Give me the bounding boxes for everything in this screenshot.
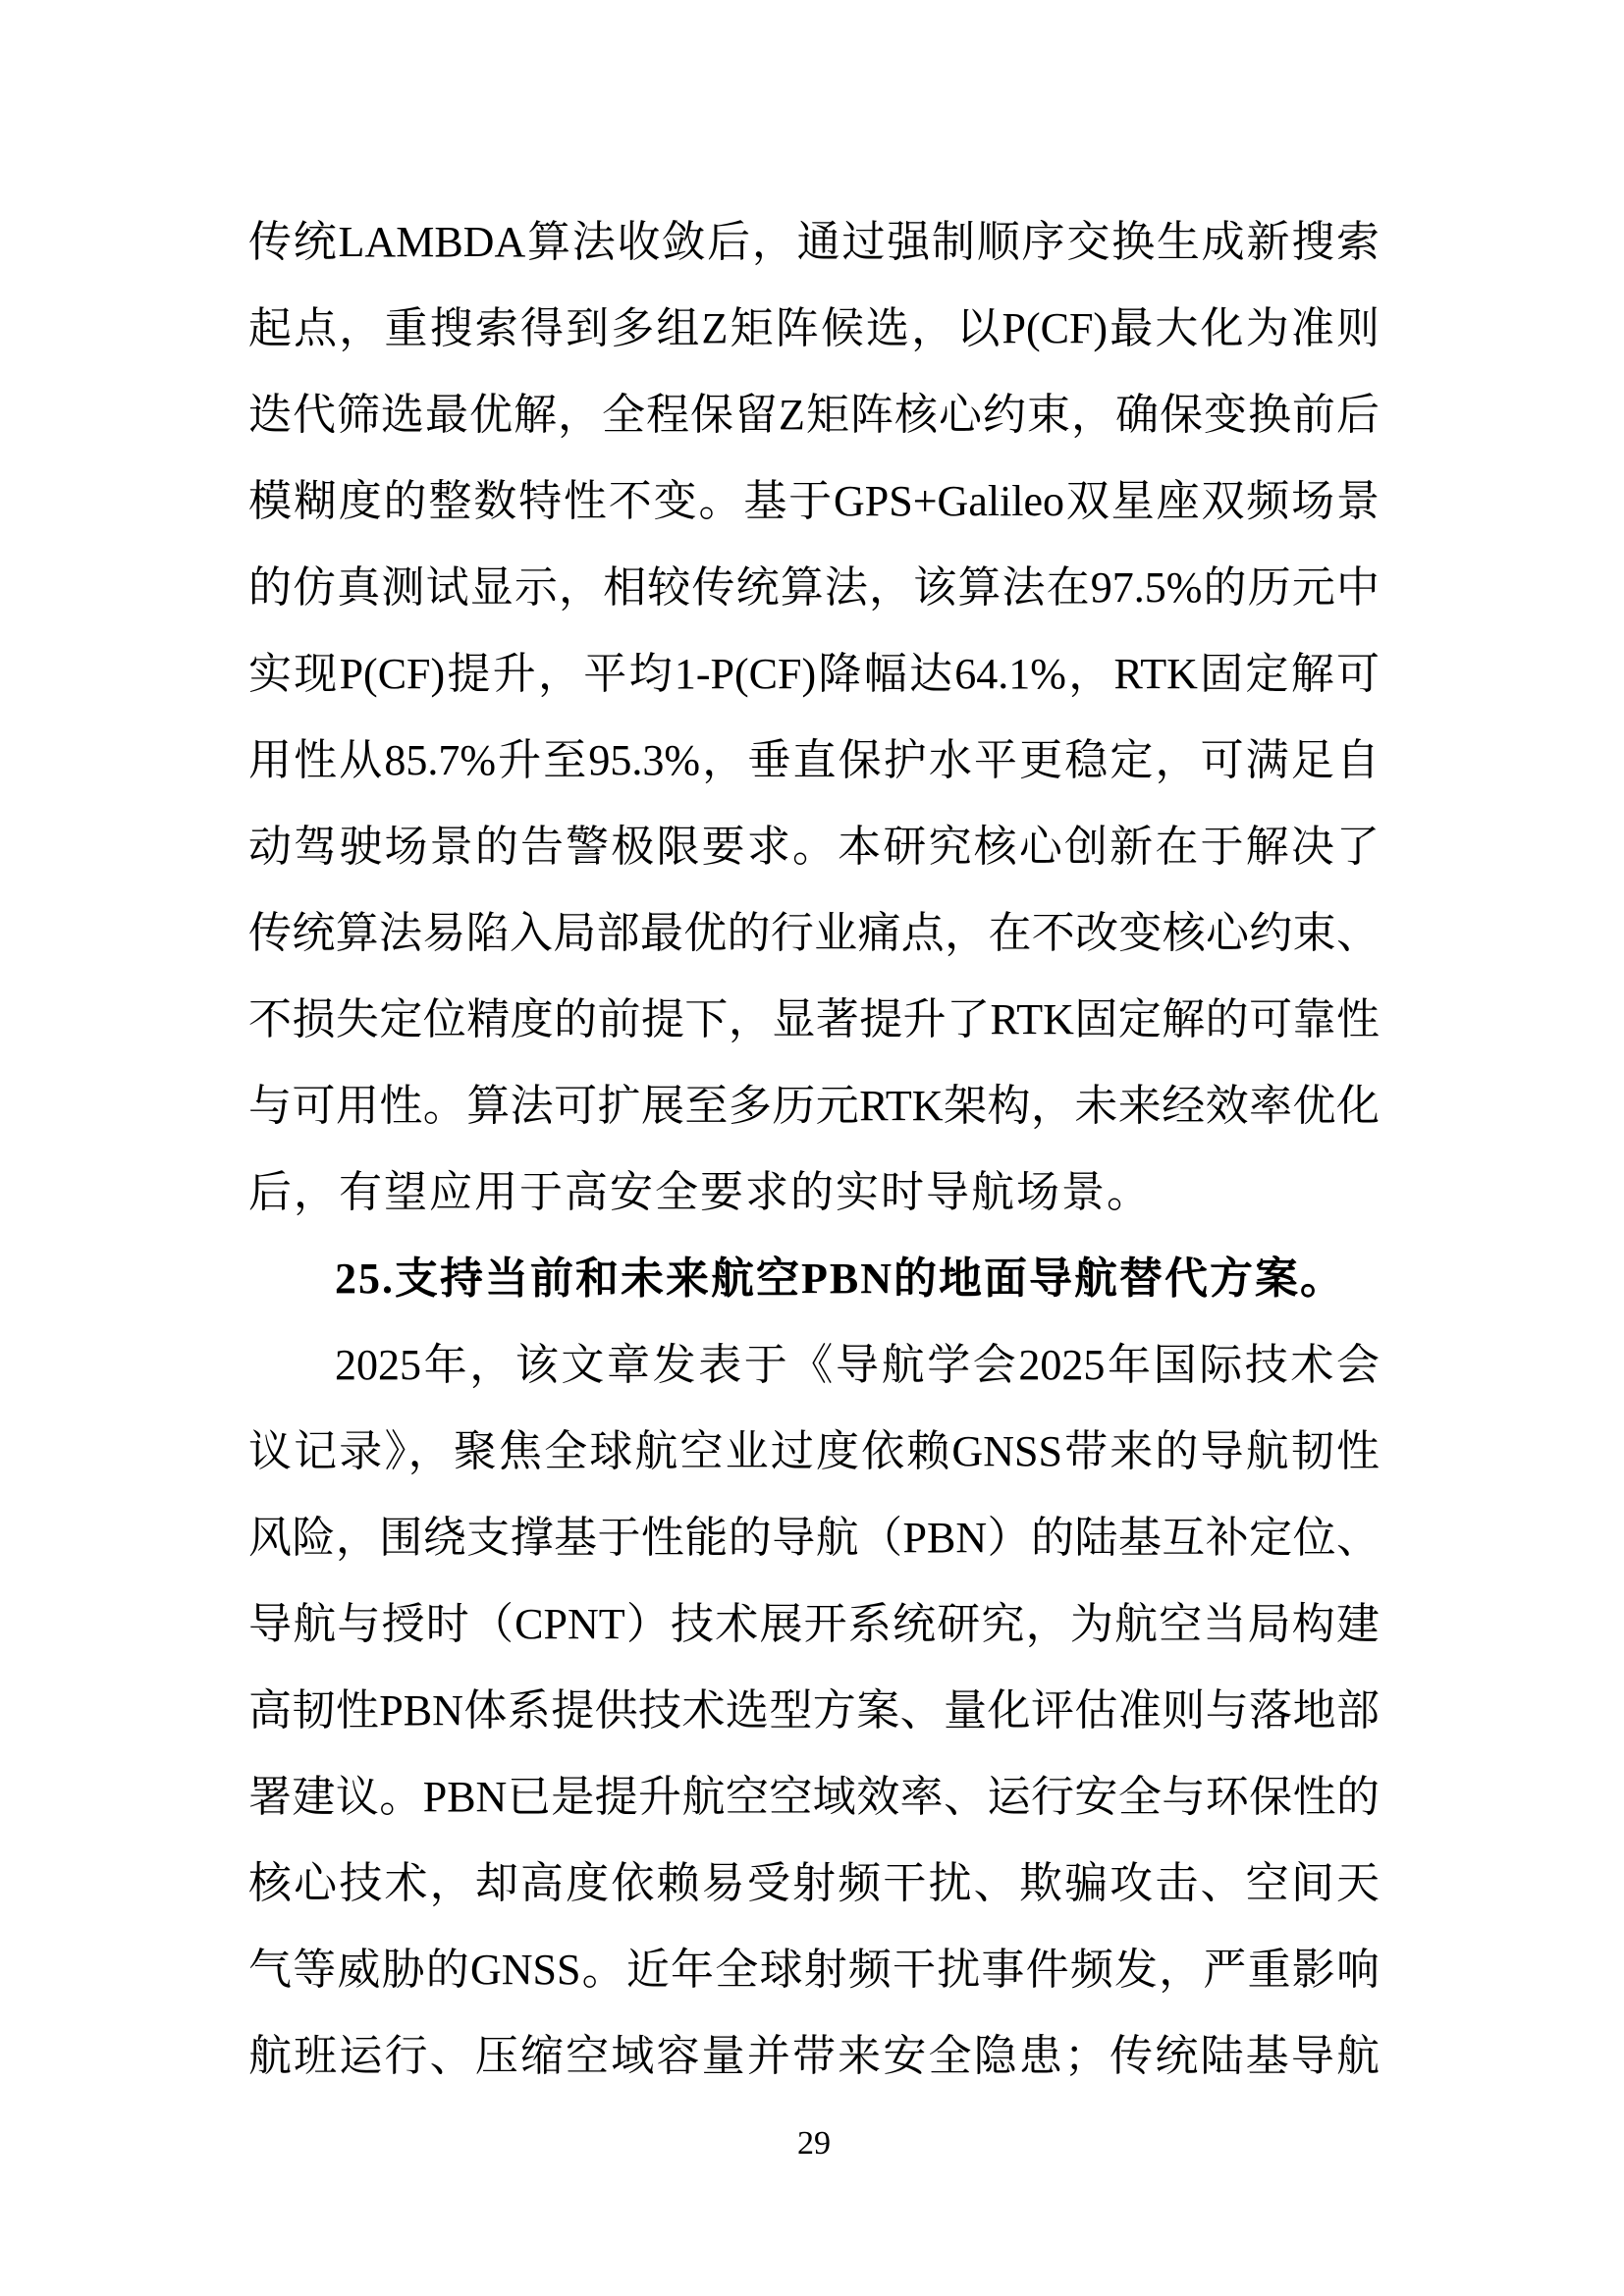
paragraph1-line: 与可用性。算法可扩展至多历元RTK架构，未来经效率优化 [248,1063,1380,1149]
paragraph1-line: 起点，重搜索得到多组Z矩阵候选，以P(CF)最大化为准则 [248,286,1380,372]
paragraph2-line: 核心技术，却高度依赖易受射频干扰、欺骗攻击、空间天 [248,1841,1380,1927]
paragraph1-line: 不损失定位精度的前提下，显著提升了RTK固定解的可靠性 [248,977,1380,1063]
paragraph2-line: 高韧性PBN体系提供技术选型方案、量化评估准则与落地部 [248,1668,1380,1754]
paragraph1-line: 传统算法易陷入局部最优的行业痛点，在不改变核心约束、 [248,890,1380,977]
paragraph1-line: 传统LAMBDA算法收敛后，通过强制顺序交换生成新搜索 [248,199,1380,286]
section-heading: 25.支持当前和未来航空PBN的地面导航替代方案。 [248,1236,1380,1322]
paragraph1-line: 用性从85.7%升至95.3%，垂直保护水平更稳定，可满足自 [248,718,1380,804]
paragraph2-line: 议记录》，聚焦全球航空业过度依赖GNSS带来的导航韧性 [248,1409,1380,1495]
paragraph1-line: 的仿真测试显示，相较传统算法，该算法在97.5%的历元中 [248,545,1380,631]
page-number: 29 [248,2122,1380,2165]
paragraph1-last-line: 后，有望应用于高安全要求的实时导航场景。 [248,1149,1380,1236]
paragraph1-line: 实现P(CF)提升，平均1-P(CF)降幅达64.1%，RTK固定解可 [248,631,1380,718]
paragraph2-line: 导航与授时（CPNT）技术展开系统研究，为航空当局构建 [248,1581,1380,1668]
paragraph2-first-line: 2025年，该文章发表于《导航学会2025年国际技术会 [248,1322,1380,1409]
paragraph2-line: 气等威胁的GNSS。近年全球射频干扰事件频发，严重影响 [248,1927,1380,2013]
paragraph2-line: 风险，围绕支撑基于性能的导航（PBN）的陆基互补定位、 [248,1495,1380,1581]
paragraph1-line: 动驾驶场景的告警极限要求。本研究核心创新在于解决了 [248,804,1380,890]
document-page: 传统LAMBDA算法收敛后，通过强制顺序交换生成新搜索 起点，重搜索得到多组Z矩… [0,0,1624,2296]
paragraph2-line: 航班运行、压缩空域容量并带来安全隐患；传统陆基导航 [248,2013,1380,2100]
paragraph1-line: 迭代筛选最优解，全程保留Z矩阵核心约束，确保变换前后 [248,372,1380,458]
body-text: 传统LAMBDA算法收敛后，通过强制顺序交换生成新搜索 起点，重搜索得到多组Z矩… [248,199,1380,2100]
paragraph2-line: 署建议。PBN已是提升航空空域效率、运行安全与环保性的 [248,1754,1380,1841]
paragraph1-line: 模糊度的整数特性不变。基于GPS+Galileo双星座双频场景 [248,458,1380,545]
